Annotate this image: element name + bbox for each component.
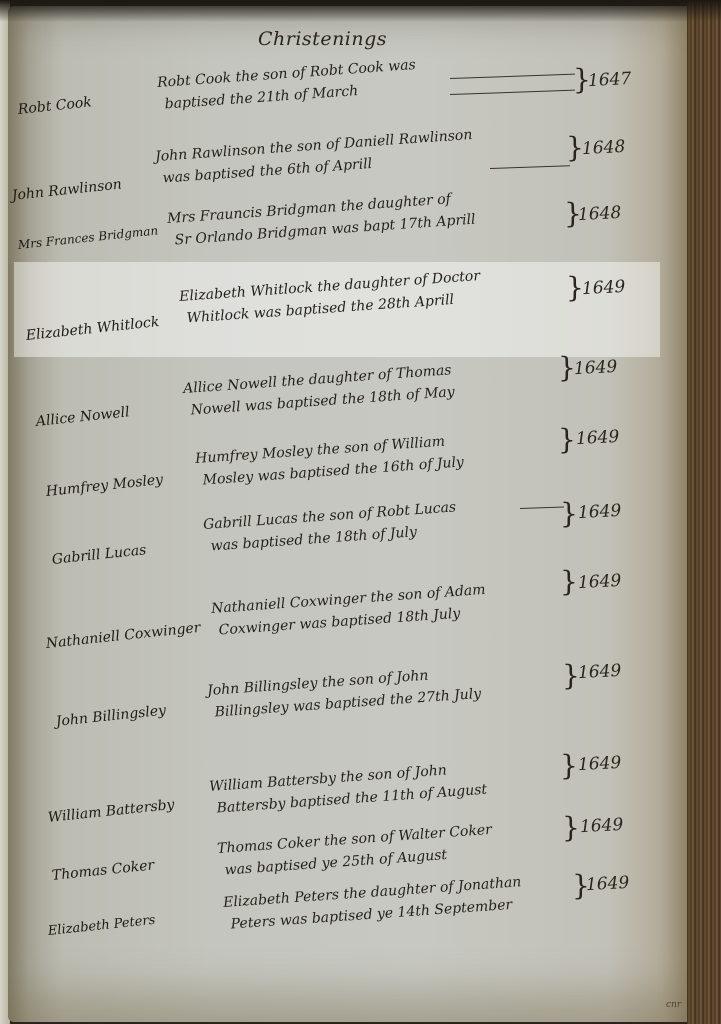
book-spine-edge <box>687 0 721 1024</box>
entry-year: 1649 <box>578 661 622 683</box>
entry-year: 1649 <box>578 753 622 775</box>
entry-year: 1647 <box>588 69 632 91</box>
top-shadow <box>0 0 721 22</box>
brace: } <box>560 752 578 780</box>
entry-year: 1649 <box>580 815 624 837</box>
entry-year: 1649 <box>586 873 630 895</box>
page-heading: Christenings <box>258 28 387 50</box>
entry-year: 1649 <box>578 501 622 523</box>
entry-year: 1648 <box>578 203 622 225</box>
brace: } <box>560 568 578 596</box>
brace: } <box>562 814 580 842</box>
brace: } <box>560 500 578 528</box>
brace: } <box>558 426 576 454</box>
entry-year: 1649 <box>582 277 626 299</box>
entry-year: 1649 <box>578 571 622 593</box>
entry-year: 1649 <box>576 427 620 449</box>
entry-year: 1649 <box>574 357 618 379</box>
entry-year: 1648 <box>582 137 626 159</box>
folio-mark: cnr <box>666 1000 681 1010</box>
